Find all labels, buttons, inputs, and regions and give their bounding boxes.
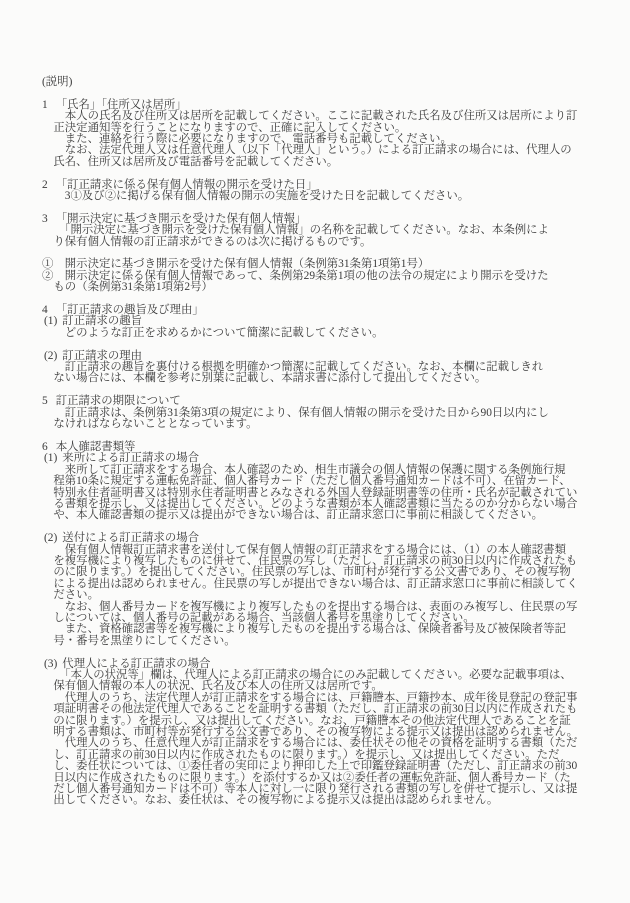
section-6: 6本人確認書類等 (1)来所による訂正請求の場合 来所して訂正請求をする場合、本… [42,442,596,807]
section-4-sub-2: (2)訂正請求の理由 訂正請求の趣旨を裏付ける根拠を明確かつ簡潔に記載してくださ… [42,351,596,385]
section-6-sub-2-body: 保有個人情報訂正請求書を送付して保有個人情報の訂正請求をする場合には、（1）の本… [42,545,596,648]
section-5-title: 訂正請求の期限について [56,395,181,407]
disclosure-items-list: ① 開示決定に基づき開示を受けた保有個人情報（条例第31条第1項第1号） ② 開… [42,259,596,293]
section-1-body: 本人の氏名及び住所又は居所を記載してください。ここに記載された氏名及び住所又は居… [42,111,596,168]
section-6-sub-1: (1)来所による訂正請求の場合 来所して訂正請求をする場合、本人確認のため、相生… [42,453,596,521]
section-3: 3「開示決定に基づき開示を受けた保有個人情報」 「開示決定に基づき開示を受けた保… [42,214,596,248]
section-2-body: 3①及び②に掲げる保有個人情報の開示の実施を受けた日を記載してください。 [42,191,596,202]
section-5-heading: 5訂正請求の期限について [42,396,596,407]
doc-title: (説明) [42,77,596,88]
section-4-sub-2-body: 訂正請求の趣旨を裏付ける根拠を明確かつ簡潔に記載してください。なお、本欄に記載し… [42,362,596,385]
section-6-sub-2-heading: (2)送付による訂正請求の場合 [44,533,596,544]
section-4: 4「訂正請求の趣旨及び理由」 (1)訂正請求の趣旨 どのような訂正を求めるかにつ… [42,305,596,385]
section-4-sub-1-title: 訂正請求の趣旨 [62,315,142,327]
section-6-sub-3-title: 代理人による訂正請求の場合 [62,658,210,670]
disclosure-item-2: ② 開示決定に係る保有個人情報であって、条例第29条第1項の他の法令の規定により… [42,271,596,294]
section-6-sub-3-body: 「本人の状況等」欄は、代理人による訂正請求の場合にのみ記載してください。必要な記… [42,670,596,807]
section-5-body: 訂正請求は、条例第31条第3項の規定により、保有個人情報の開示を受けた日から90… [42,408,596,431]
section-4-sub-2-title: 訂正請求の理由 [62,350,142,362]
section-6-sub-3: (3)代理人による訂正請求の場合 「本人の状況等」欄は、代理人による訂正請求の場… [42,659,596,807]
section-2-title: 「訂正請求に係る保有個人情報の開示を受けた日」 [56,179,318,191]
section-6-sub-2-title: 送付による訂正請求の場合 [62,532,199,544]
document-page: (説明) 1「氏名」「住所又は居所」 本人の氏名及び住所又は居所を記載してくださ… [0,0,630,903]
document-content: (説明) 1「氏名」「住所又は居所」 本人の氏名及び住所又は居所を記載してくださ… [0,0,630,807]
section-1: 1「氏名」「住所又は居所」 本人の氏名及び住所又は居所を記載してください。ここに… [42,100,596,168]
section-6-sub-1-body: 来所して訂正請求をする場合、本人確認のため、相生市議会の個人情報の保護に関する条… [42,465,596,522]
section-6-sub-1-title: 来所による訂正請求の場合 [62,452,199,464]
section-2: 2「訂正請求に係る保有個人情報の開示を受けた日」 3①及び②に掲げる保有個人情報… [42,180,596,203]
section-6-sub-2-label: (2) [44,533,57,544]
section-6-sub-1-label: (1) [44,453,57,464]
section-5: 5訂正請求の期限について 訂正請求は、条例第31条第3項の規定により、保有個人情… [42,396,596,430]
section-6-sub-2: (2)送付による訂正請求の場合 保有個人情報訂正請求書を送付して保有個人情報の訂… [42,533,596,647]
section-6-sub-1-heading: (1)来所による訂正請求の場合 [44,453,596,464]
section-5-number: 5 [42,396,48,407]
section-1-title: 「氏名」「住所又は居所」 [56,99,187,111]
section-4-sub-1-body: どのような訂正を求めるかについて簡潔に記載してください。 [42,328,596,339]
section-3-body: 「開示決定に基づき開示を受けた保有個人情報」の名称を記載してください。なお、本条… [42,225,596,248]
section-4-sub-1: (1)訂正請求の趣旨 どのような訂正を求めるかについて簡潔に記載してください。 [42,316,596,339]
